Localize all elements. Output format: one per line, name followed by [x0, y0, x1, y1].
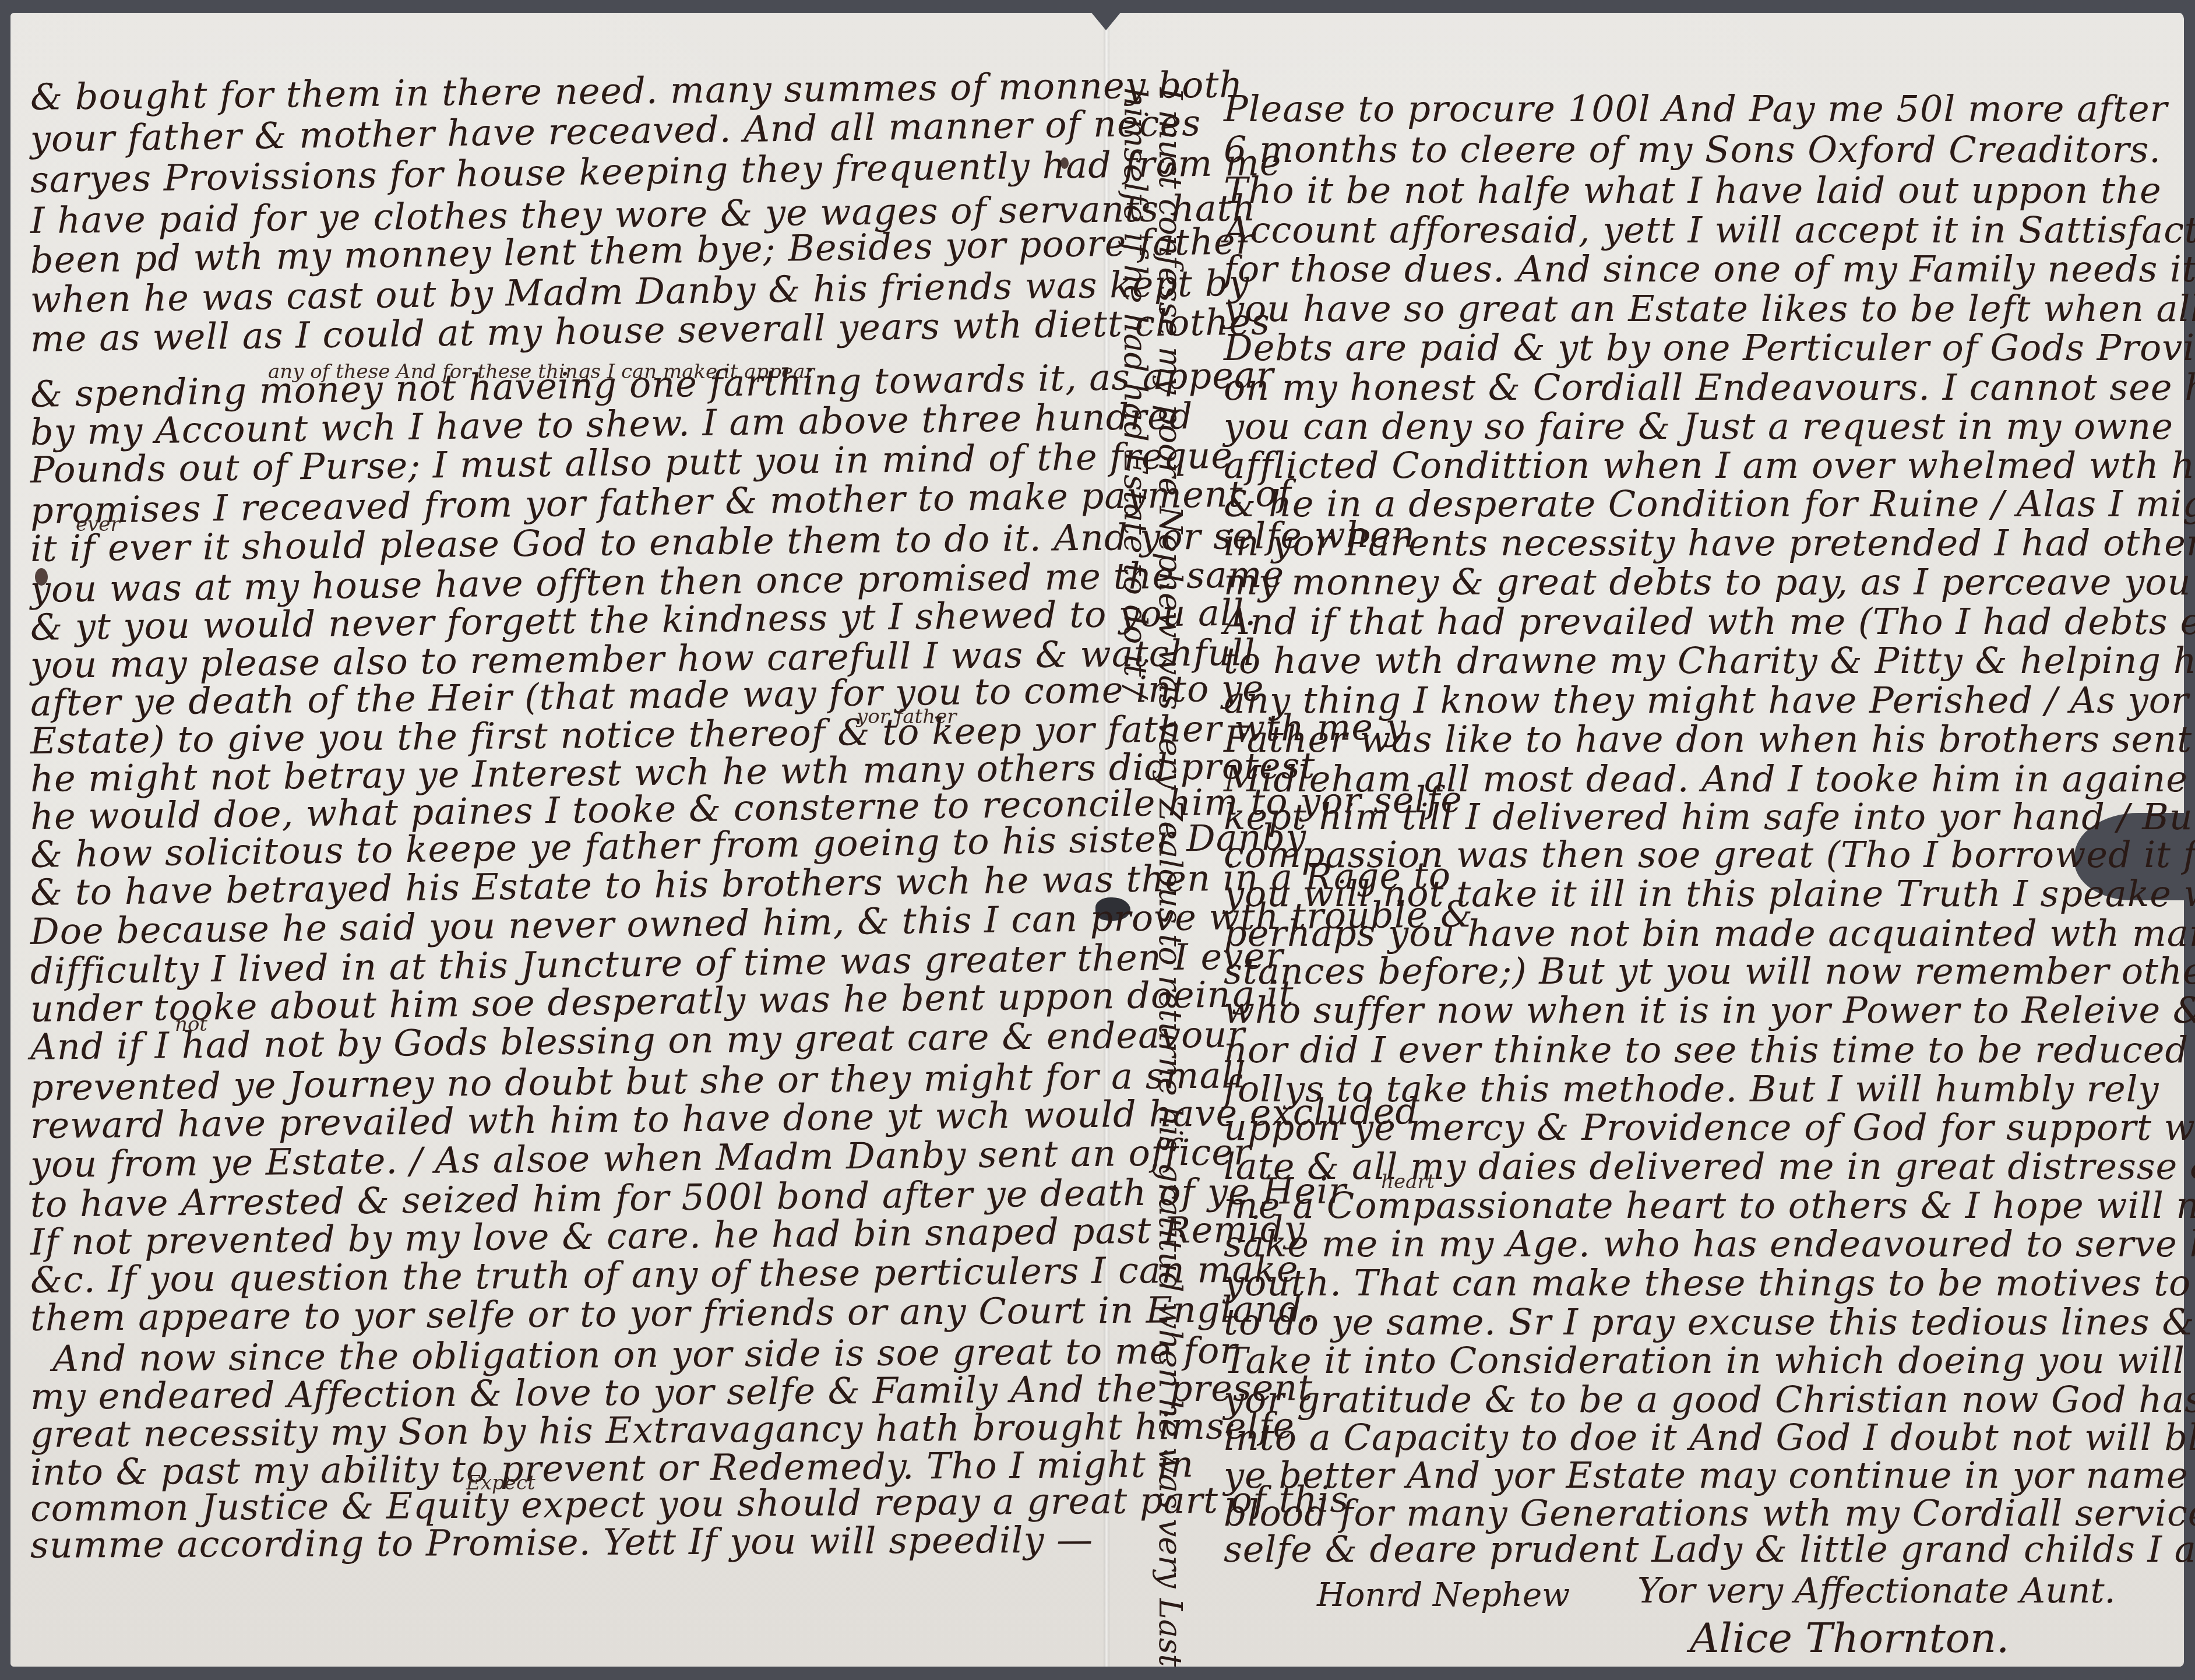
text-line: my monney & great debts to pay, as I per… — [1224, 561, 2195, 603]
margin-note-line: himselfe if he had had Estate to do it / — [1117, 87, 1154, 698]
text-line: follys to take this methode. But I will … — [1224, 1068, 2159, 1110]
left-page-text: & bought for them in there need. many su… — [0, 0, 1107, 1680]
text-line: youth. That can make these things to be … — [1224, 1262, 2195, 1304]
text-line: any thing I know they might have Perishe… — [1224, 679, 2195, 721]
right-page-text: Please to procure 100l And Pay me 50l mo… — [1160, 0, 2185, 1680]
text-line: nor did I ever thinke to see this time t… — [1224, 1029, 2195, 1071]
text-line: Please to procure 100l And Pay me 50l mo… — [1224, 87, 2168, 130]
text-line: yor gratitude & to be a good Christian n… — [1224, 1378, 2195, 1421]
text-line: into a Capacity to doe it And God I doub… — [1224, 1416, 2195, 1459]
valediction: Yor very Affectionate Aunt. — [1637, 1570, 2116, 1611]
text-line: ye better And yor Estate may continue in… — [1224, 1454, 2195, 1496]
text-line: on my honest & Cordiall Endeavours. I ca… — [1224, 366, 2195, 408]
text-line: you can deny so faire & Just a request i… — [1224, 405, 2173, 448]
text-line: And if that had prevailed wth me (Tho I … — [1224, 600, 2195, 643]
text-line: perhaps you have not bin made acquainted… — [1224, 912, 2195, 955]
text-line: Take it into Consideration in which doei… — [1224, 1339, 2195, 1382]
text-line: Debts are paid & yt by one Perticuler of… — [1224, 326, 2195, 369]
text-line: Tho it be not halfe what I have laid out… — [1224, 169, 2162, 212]
text-line: in yor Parents necessity have pretended … — [1224, 522, 2195, 564]
salutation: Honrd Nephew — [1317, 1576, 1570, 1614]
text-line: & he in a desperate Condition for Ruine … — [1224, 482, 2195, 525]
text-line: Midleham all most dead. And I tooke him … — [1224, 758, 2195, 800]
text-line: uppon ye mercy & Providence of God for s… — [1224, 1106, 2195, 1149]
text-line: me a Compassionate heart to others & I h… — [1224, 1184, 2195, 1227]
text-line: compassion was then soe great (Tho I bor… — [1224, 833, 2195, 876]
text-line: to do ye same. Sr I pray excuse this ted… — [1224, 1301, 2194, 1343]
text-line: to have wth drawne my Charity & Pitty & … — [1224, 639, 2195, 682]
text-line: afflicted Condittion when I am over whel… — [1224, 444, 2195, 487]
text-line: summe according to Promise. Yett If you … — [30, 1518, 1094, 1566]
text-line: Account afforesaid, yett I will accept i… — [1224, 209, 2195, 251]
text-line: late & all my daies delivered me in grea… — [1224, 1145, 2195, 1188]
text-line: who suffer now when it is in yor Power t… — [1224, 989, 2195, 1031]
text-line: selfe & deare prudent Lady & little gran… — [1224, 1528, 2195, 1570]
text-line: you will not take it ill in this plaine … — [1224, 872, 2195, 915]
signature: Alice Thornton. — [1690, 1614, 2009, 1662]
text-line: you have so great an Estate likes to be … — [1224, 287, 2195, 330]
text-line: stances before;) But yt you will now rem… — [1224, 950, 2195, 992]
text-line: Father was like to have don when his bro… — [1224, 718, 2195, 760]
text-line: for those dues. And since one of my Fami… — [1224, 248, 2195, 290]
text-line: 6 months to cleere of my Sons Oxford Cre… — [1224, 128, 2161, 171]
text-line: kept him till I delivered him safe into … — [1224, 795, 2195, 838]
text-line: sake me in my Age. who has endeavoured t… — [1224, 1223, 2195, 1265]
